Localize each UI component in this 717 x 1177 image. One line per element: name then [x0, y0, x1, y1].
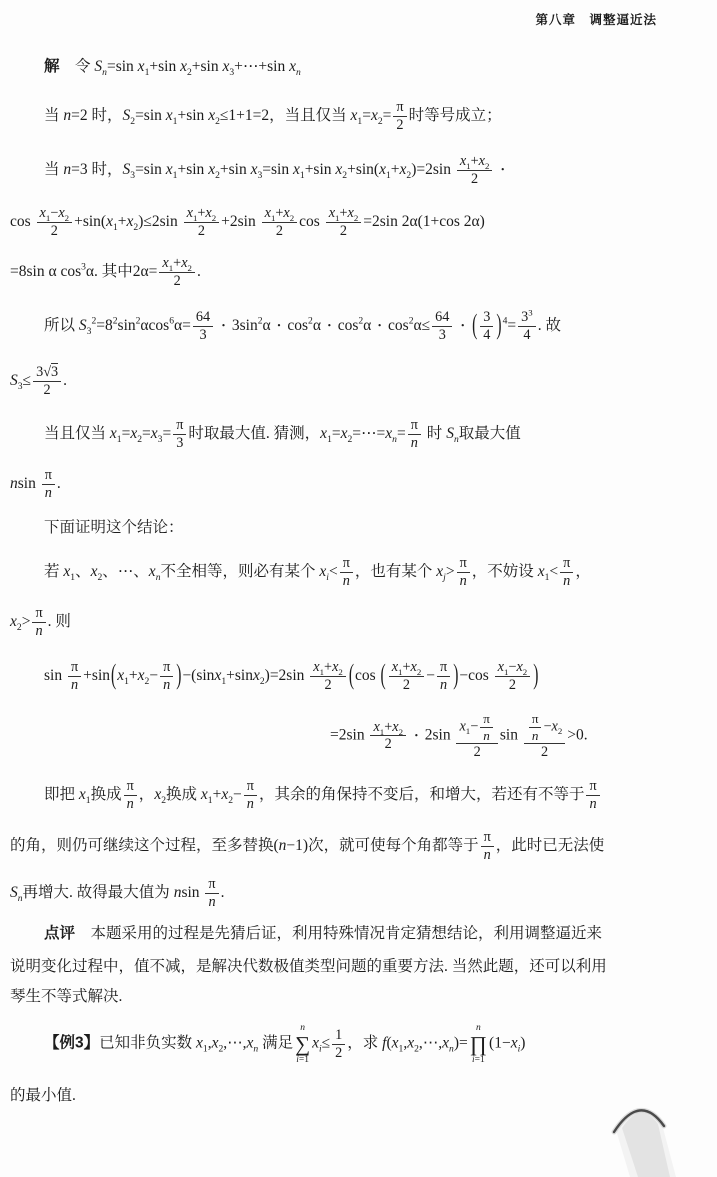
text-line-15: 即把 x1换成πn，x2换成 x1+x2−πn，其余的角保持不变后，和增大，若还…	[10, 768, 705, 822]
text-line-12: x2>πn. 则	[10, 596, 705, 648]
text-line-13: sin πn+sin(x1+x2−πn)−(sinx1+sinx2)=2sin …	[10, 648, 705, 704]
text-line-10: 下面证明这个结论：	[10, 508, 705, 548]
text-line-11: 若 x1、x2、⋯、xn不全相等，则必有某个 xi<πn，也有某个 xj>πn，…	[10, 548, 705, 596]
page-curl-decoration	[578, 1092, 717, 1177]
text-line-4: cos x1−x22+sin(x1+x2)≤2sin x1+x22+2sin x…	[10, 198, 705, 246]
text-line-14: =2sin x1+x22 • 2sin x1−πn2sin πn−x22>0.	[10, 704, 705, 768]
text-line-16: 的角，则仍可继续这个过程，至多替换(n−1)次，就可使每个角都等于πn，此时已无…	[10, 822, 705, 870]
text-line-21: 【例3】已知非负实数 x1,x2,⋯,xn 满足n∑i=1xi≤12，求 f(x…	[10, 1012, 705, 1076]
book-page: 第八章 调整逼近法 解 令 Sn=sin x1+sin x2+sin x3+⋯+…	[0, 0, 717, 1177]
text-line-7: S3≤3√32.	[10, 354, 705, 408]
text-line-5: =8sin α cos3α. 其中2α=x1+x22.	[10, 246, 705, 298]
text-line-18: 点评 本题采用的过程是先猜后证，利用特殊情况肯定猜想结论，利用调整逼近来	[10, 916, 705, 952]
page-body-text: 解 令 Sn=sin x1+sin x2+sin x3+⋯+sin xn当 n=…	[10, 44, 705, 1116]
running-head-chapter-title: 第八章 调整逼近法	[535, 10, 657, 28]
text-line-2: 当 n=2 时，S2=sin x1+sin x2≤1+1=2，当且仅当 x1=x…	[10, 90, 705, 142]
text-line-19: 说明变化过程中，值不减，是解决代数极值类型问题的重要方法. 当然此题，还可以利用	[10, 952, 705, 982]
text-line-20: 琴生不等式解决.	[10, 982, 705, 1012]
text-line-1: 解 令 Sn=sin x1+sin x2+sin x3+⋯+sin xn	[10, 44, 705, 90]
text-line-3: 当 n=3 时，S3=sin x1+sin x2+sin x3=sin x1+s…	[10, 142, 705, 198]
text-line-17: Sn再增大. 故得最大值为 nsin πn.	[10, 870, 705, 916]
text-line-9: nsin πn.	[10, 460, 705, 508]
text-line-6: 所以 S32=82sin2αcos6α=643 • 3sin2α • cos2α…	[10, 298, 705, 354]
text-line-8: 当且仅当 x1=x2=x3=π3时取最大值. 猜测，x1=x2=⋯=xn=πn …	[10, 408, 705, 460]
